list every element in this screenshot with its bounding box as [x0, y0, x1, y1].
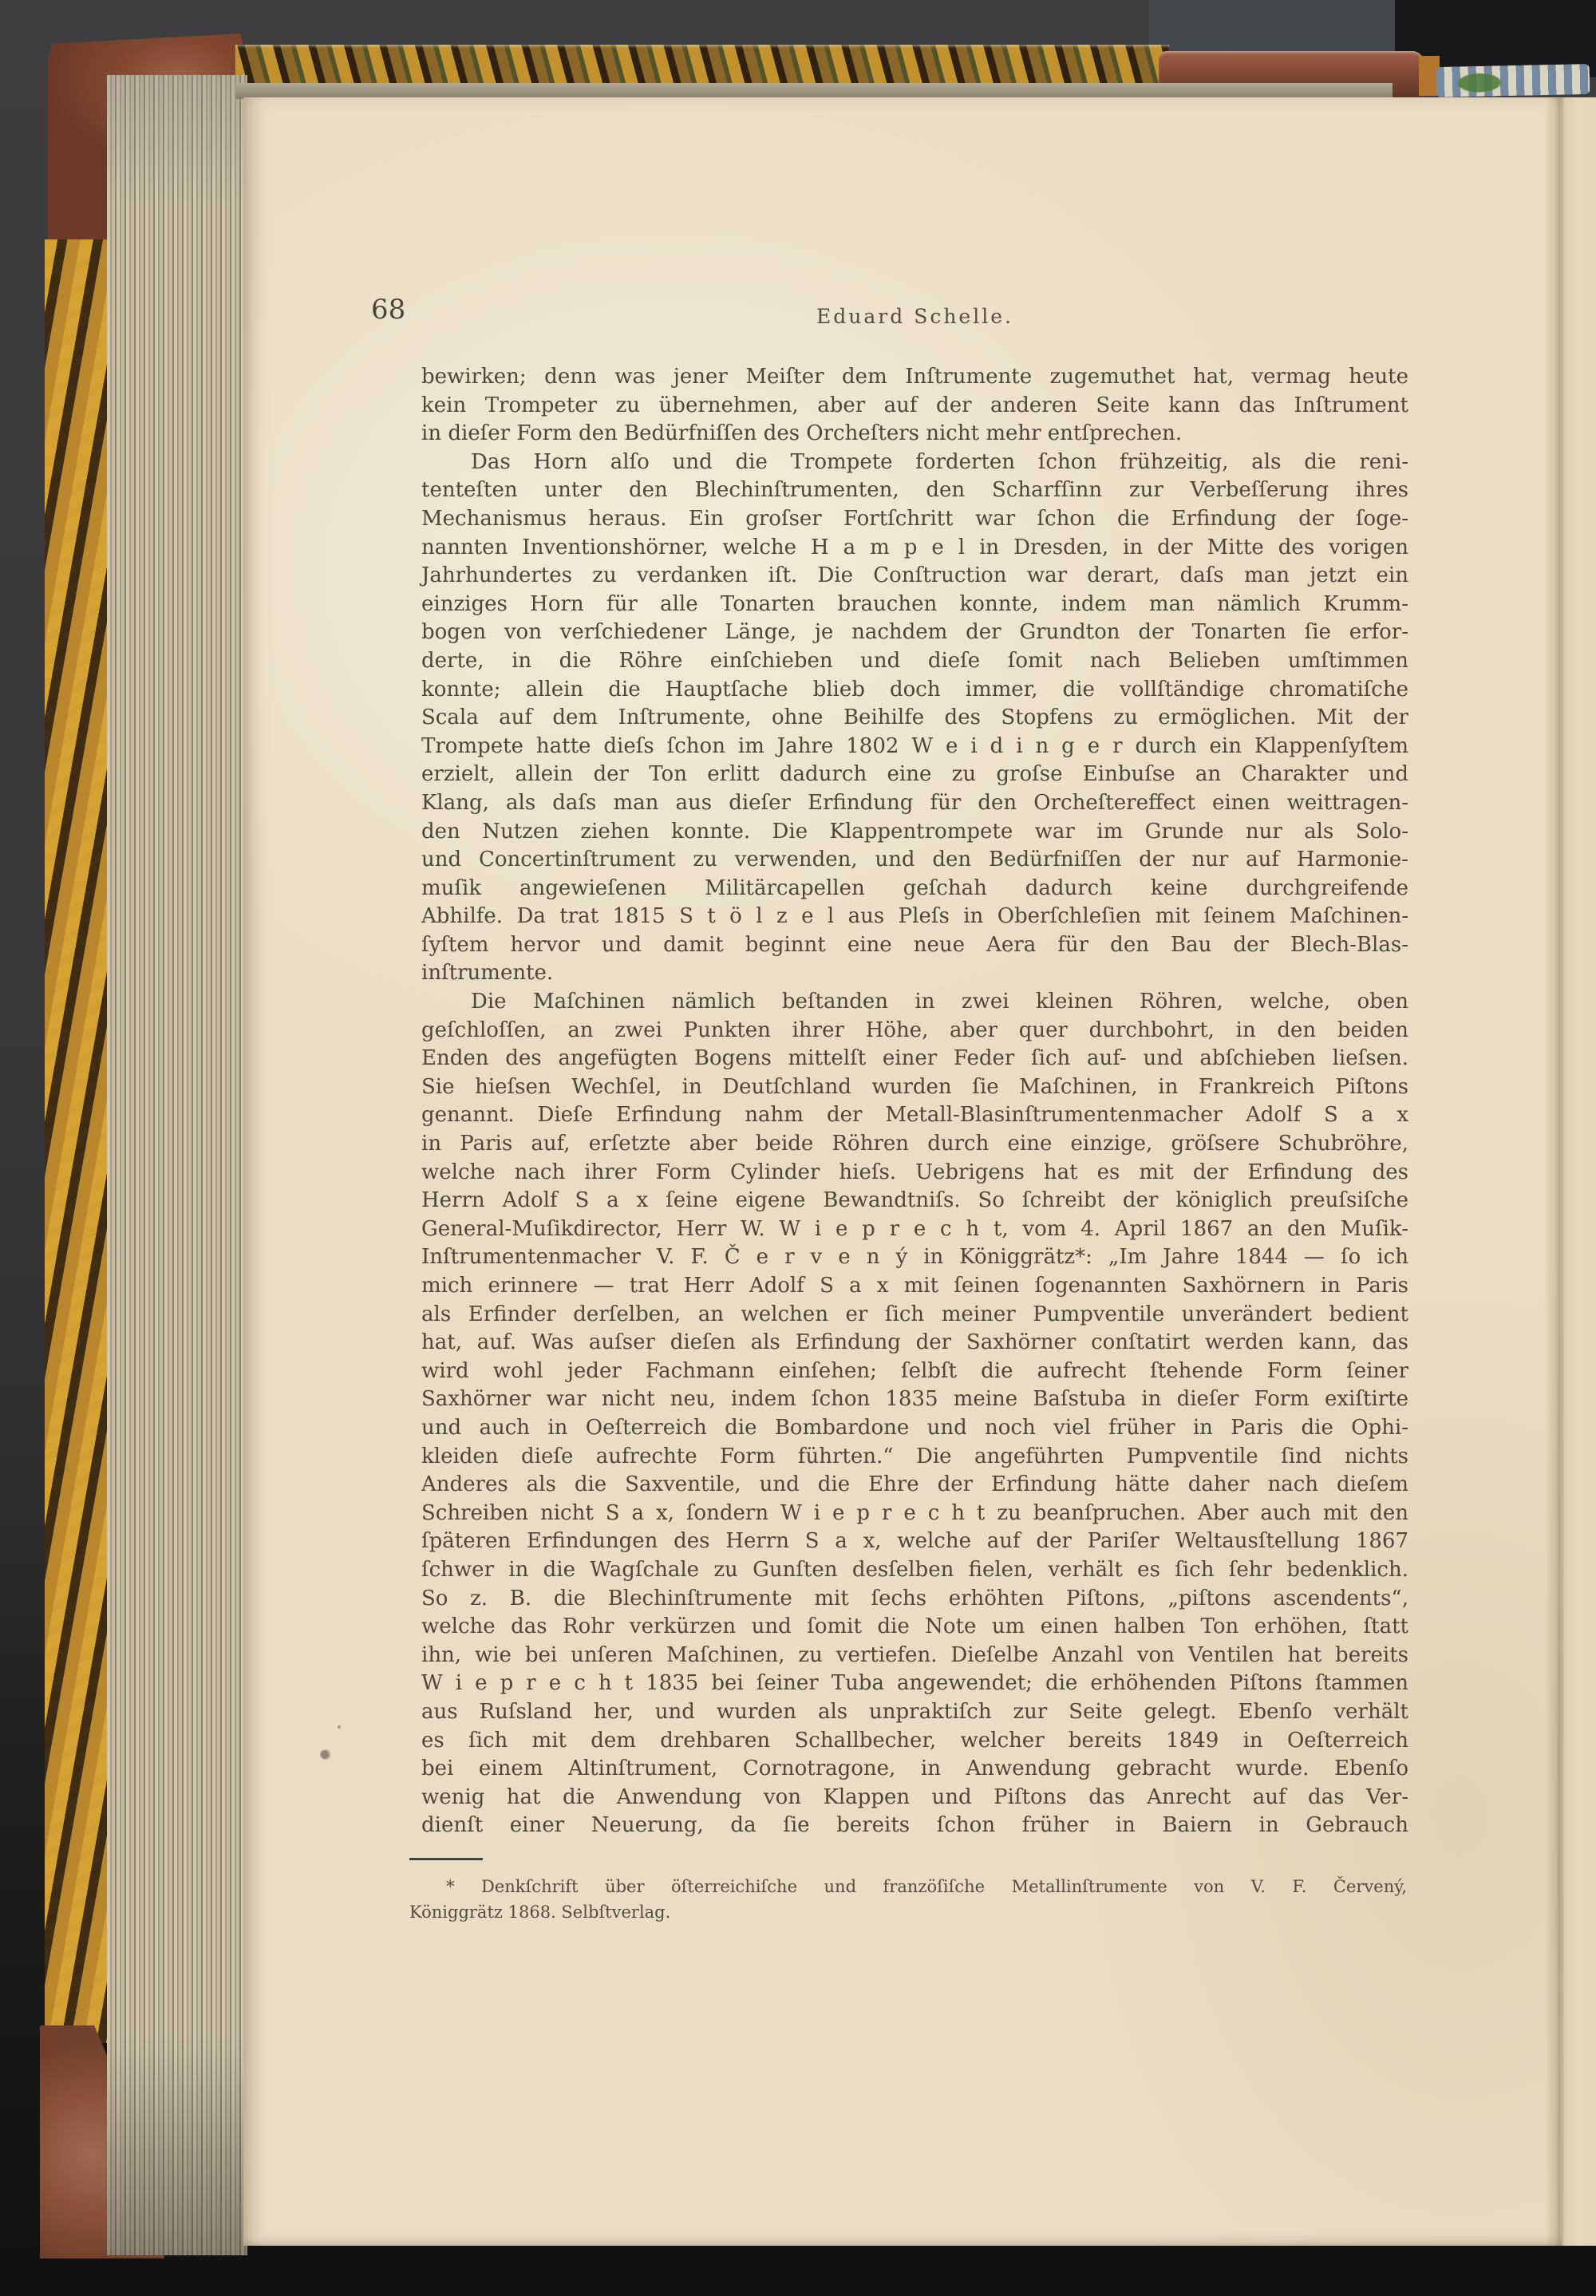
text-line: ihn, wie bei unſeren Maſchinen, zu verti… — [421, 1642, 1408, 1670]
text-line: aus Ruſsland her, und wurden als unprakt… — [421, 1698, 1408, 1727]
paper-speck — [986, 544, 990, 547]
running-header: Eduard Schelle. — [421, 305, 1408, 328]
text-line: General-Muſikdirector, Herr W. W i e p r… — [421, 1215, 1408, 1244]
facing-page-edge — [1562, 97, 1596, 2246]
text-line: kein Trompeter zu übernehmen, aber auf d… — [421, 392, 1408, 421]
text-line: Inſtrumentenmacher V. F. Č e r v e n ý i… — [421, 1243, 1408, 1272]
text-line: Abhilfe. Da trat 1815 S t ö l z e l aus … — [421, 903, 1408, 931]
body-text: bewirken; denn was jener Meiſter dem Inſ… — [421, 363, 1408, 1840]
text-line: wenig hat die Anwendung von Klappen und … — [421, 1784, 1408, 1812]
text-line: Klang, als daſs man aus dieſer Erfindung… — [421, 789, 1408, 818]
text-line: So z. B. die Blechinſtrumente mit ſechs … — [421, 1585, 1408, 1614]
text-line: geſchloſſen, an zwei Punkten ihrer Höhe,… — [421, 1017, 1408, 1045]
text-line: nannten Inventionshörner, welche H a m p… — [421, 534, 1408, 563]
text-line: Jahrhundertes zu verdanken iſt. Die Conſ… — [421, 562, 1408, 591]
paragraph: Das Horn alſo und die Trompete forderten… — [421, 449, 1408, 988]
page-fold-shadow — [1544, 97, 1565, 2246]
text-line: Königgrätz 1868. Selbſtverlag. — [409, 1899, 1407, 1925]
text-line: bei einem Altinſtrument, Cornotragone, i… — [421, 1755, 1408, 1784]
text-line: in Paris auf, erſetzte aber beide Röhren… — [421, 1130, 1408, 1159]
text-line: bogen von verſchiedener Länge, je nachde… — [421, 618, 1408, 647]
page-number: 68 — [371, 294, 405, 326]
text-line: muſik angewieſenen Militärcapellen geſch… — [421, 875, 1408, 903]
text-line: Sie hieſsen Wechſel, in Deutſchland wurd… — [421, 1073, 1408, 1102]
text-line: tenteſten unter den Blechinſtrumenten, d… — [421, 476, 1408, 505]
text-line: mich erinnere — trat Herr Adolf S a x mi… — [421, 1272, 1408, 1301]
text-line: inſtrumente. — [421, 959, 1408, 988]
text-line: Schreiben nicht S a x, ſondern W i e p r… — [421, 1500, 1408, 1528]
text-line: es ſich mit dem drehbaren Schallbecher, … — [421, 1727, 1408, 1756]
text-line: welche das Rohr verkürzen und ſomit die … — [421, 1613, 1408, 1642]
text-line: Herrn Adolf S a x ſeine eigene Bewandtni… — [421, 1187, 1408, 1215]
text-line: wird wohl jeder Fachmann einſehen; ſelbſ… — [421, 1357, 1408, 1386]
text-line: Anderes als die Saxventile, und die Ehre… — [421, 1471, 1408, 1500]
text-line: Die Maſchinen nämlich beſtanden in zwei … — [421, 988, 1408, 1017]
page-block-edge-top — [235, 83, 1393, 99]
footnote-rule — [409, 1858, 483, 1860]
text-line: konnte; allein die Hauptſache blieb doch… — [421, 676, 1408, 705]
text-line: genannt. Dieſe Erfindung nahm der Metall… — [421, 1101, 1408, 1130]
text-line: erzielt, allein der Ton erlitt dadurch e… — [421, 761, 1408, 789]
page-block-edge-left — [107, 75, 247, 2255]
paragraph: * Denkſchrift über öſterreichiſche und f… — [409, 1874, 1407, 1925]
text-line: * Denkſchrift über öſterreichiſche und f… — [409, 1874, 1407, 1899]
book-photograph: 68 Eduard Schelle. bewirken; denn was je… — [0, 0, 1596, 2296]
text-line: Trompete hatte dieſs ſchon im Jahre 1802… — [421, 733, 1408, 761]
text-line: und auch in Oeſterreich die Bombardone u… — [421, 1414, 1408, 1443]
text-line: ſpäteren Erfindungen des Herrn S a x, we… — [421, 1527, 1408, 1556]
text-line: ſyſtem hervor und damit beginnt eine neu… — [421, 931, 1408, 960]
paragraph: Die Maſchinen nämlich beſtanden in zwei … — [421, 988, 1408, 1840]
text-line: dienſt einer Neuerung, da ſie bereits ſc… — [421, 1812, 1408, 1840]
text-line: in dieſer Form den Bedürfniſſen des Orch… — [421, 420, 1408, 449]
text-line: als Erfinder derſelben, an welchen er ſi… — [421, 1301, 1408, 1330]
text-line: einziges Horn für alle Tonarten brauchen… — [421, 591, 1408, 619]
text-line: welche nach ihrer Form Cylinder hieſs. U… — [421, 1159, 1408, 1188]
ink-smudge — [320, 1749, 332, 1760]
text-line: W i e p r e c h t 1835 bei ſeiner Tuba a… — [421, 1670, 1408, 1698]
text-line: den Nutzen ziehen konnte. Die Klappentro… — [421, 818, 1408, 847]
text-line: Mechanismus heraus. Ein groſser Fortſchr… — [421, 505, 1408, 534]
book-endband — [1436, 64, 1590, 97]
text-line: kleiden dieſe aufrechte Form führten.“ D… — [421, 1443, 1408, 1472]
text-line: und Concertinſtrument zu verwenden, und … — [421, 846, 1408, 875]
book-cover-marbled-edge-top — [235, 45, 1169, 85]
paper-speck — [338, 1725, 341, 1729]
book-page: 68 Eduard Schelle. bewirken; denn was je… — [243, 97, 1596, 2246]
footnote-text: * Denkſchrift über öſterreichiſche und f… — [409, 1874, 1407, 1925]
text-line: Enden des angefügten Bogens mittelſt ein… — [421, 1045, 1408, 1073]
book-cover-marbled-edge-left — [45, 239, 112, 2043]
text-line: derte, in die Röhre einſchieben und dieſ… — [421, 647, 1408, 676]
paragraph: bewirken; denn was jener Meiſter dem Inſ… — [421, 363, 1408, 449]
text-line: Das Horn alſo und die Trompete forderten… — [421, 449, 1408, 477]
text-line: Saxhörner war nicht neu, indem ſchon 183… — [421, 1385, 1408, 1414]
text-line: Scala auf dem Inſtrumente, ohne Beihilfe… — [421, 704, 1408, 733]
text-line: bewirken; denn was jener Meiſter dem Inſ… — [421, 363, 1408, 392]
text-line: ſchwer in die Wagſchale zu Gunſten desſe… — [421, 1556, 1408, 1585]
text-line: hat, auf. Was auſser dieſen als Erfindun… — [421, 1329, 1408, 1357]
